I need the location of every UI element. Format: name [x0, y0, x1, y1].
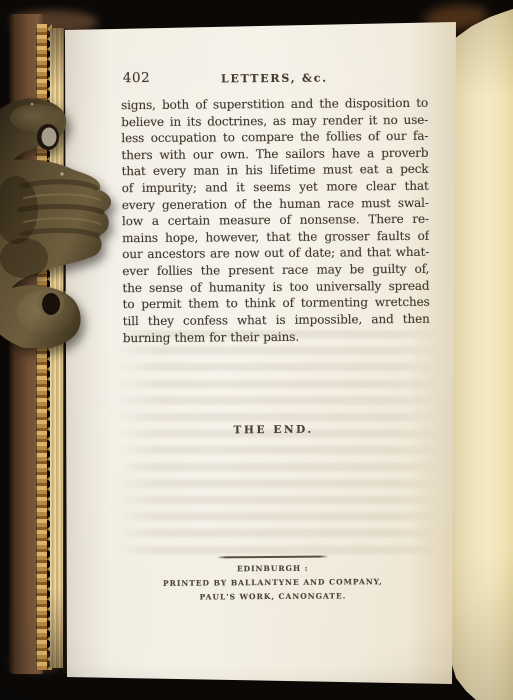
book-photo: 402 LETTERS, &c. signs, both of supersti…	[0, 0, 513, 700]
clasp-rivet-hole-bottom	[42, 293, 60, 315]
end-marker: THE END.	[124, 423, 424, 437]
clasp-dark-blotch	[0, 238, 48, 278]
running-title: LETTERS, &c.	[121, 71, 428, 86]
clasp-speck	[31, 103, 34, 106]
colophon: EDINBURGH : PRINTED BY BALLANTYNE AND CO…	[123, 555, 423, 605]
body-line: signs, both of superstition and the disp…	[121, 95, 428, 114]
body-line: burning them for their pains.	[123, 327, 430, 346]
page-header: 402 LETTERS, &c.	[121, 66, 428, 90]
body-line: of impurity; and it seems yet more clear…	[122, 178, 429, 197]
clasp-speck	[60, 172, 63, 175]
body-text: signs, both of superstition and the disp…	[121, 95, 430, 347]
body-line: till they confess what is impossible, an…	[123, 311, 430, 330]
clasp-rivet-hole-top-interior	[42, 128, 57, 147]
clasp-speck	[65, 291, 68, 294]
colophon-address: PAUL'S WORK, CANONGATE.	[123, 588, 423, 604]
colophon-rule	[217, 556, 329, 559]
colophon-printer: PRINTED BY BALLANTYNE AND COMPANY,	[123, 575, 423, 591]
book-clasp	[0, 82, 116, 348]
body-line: ever follies the present race may be gui…	[122, 261, 429, 280]
